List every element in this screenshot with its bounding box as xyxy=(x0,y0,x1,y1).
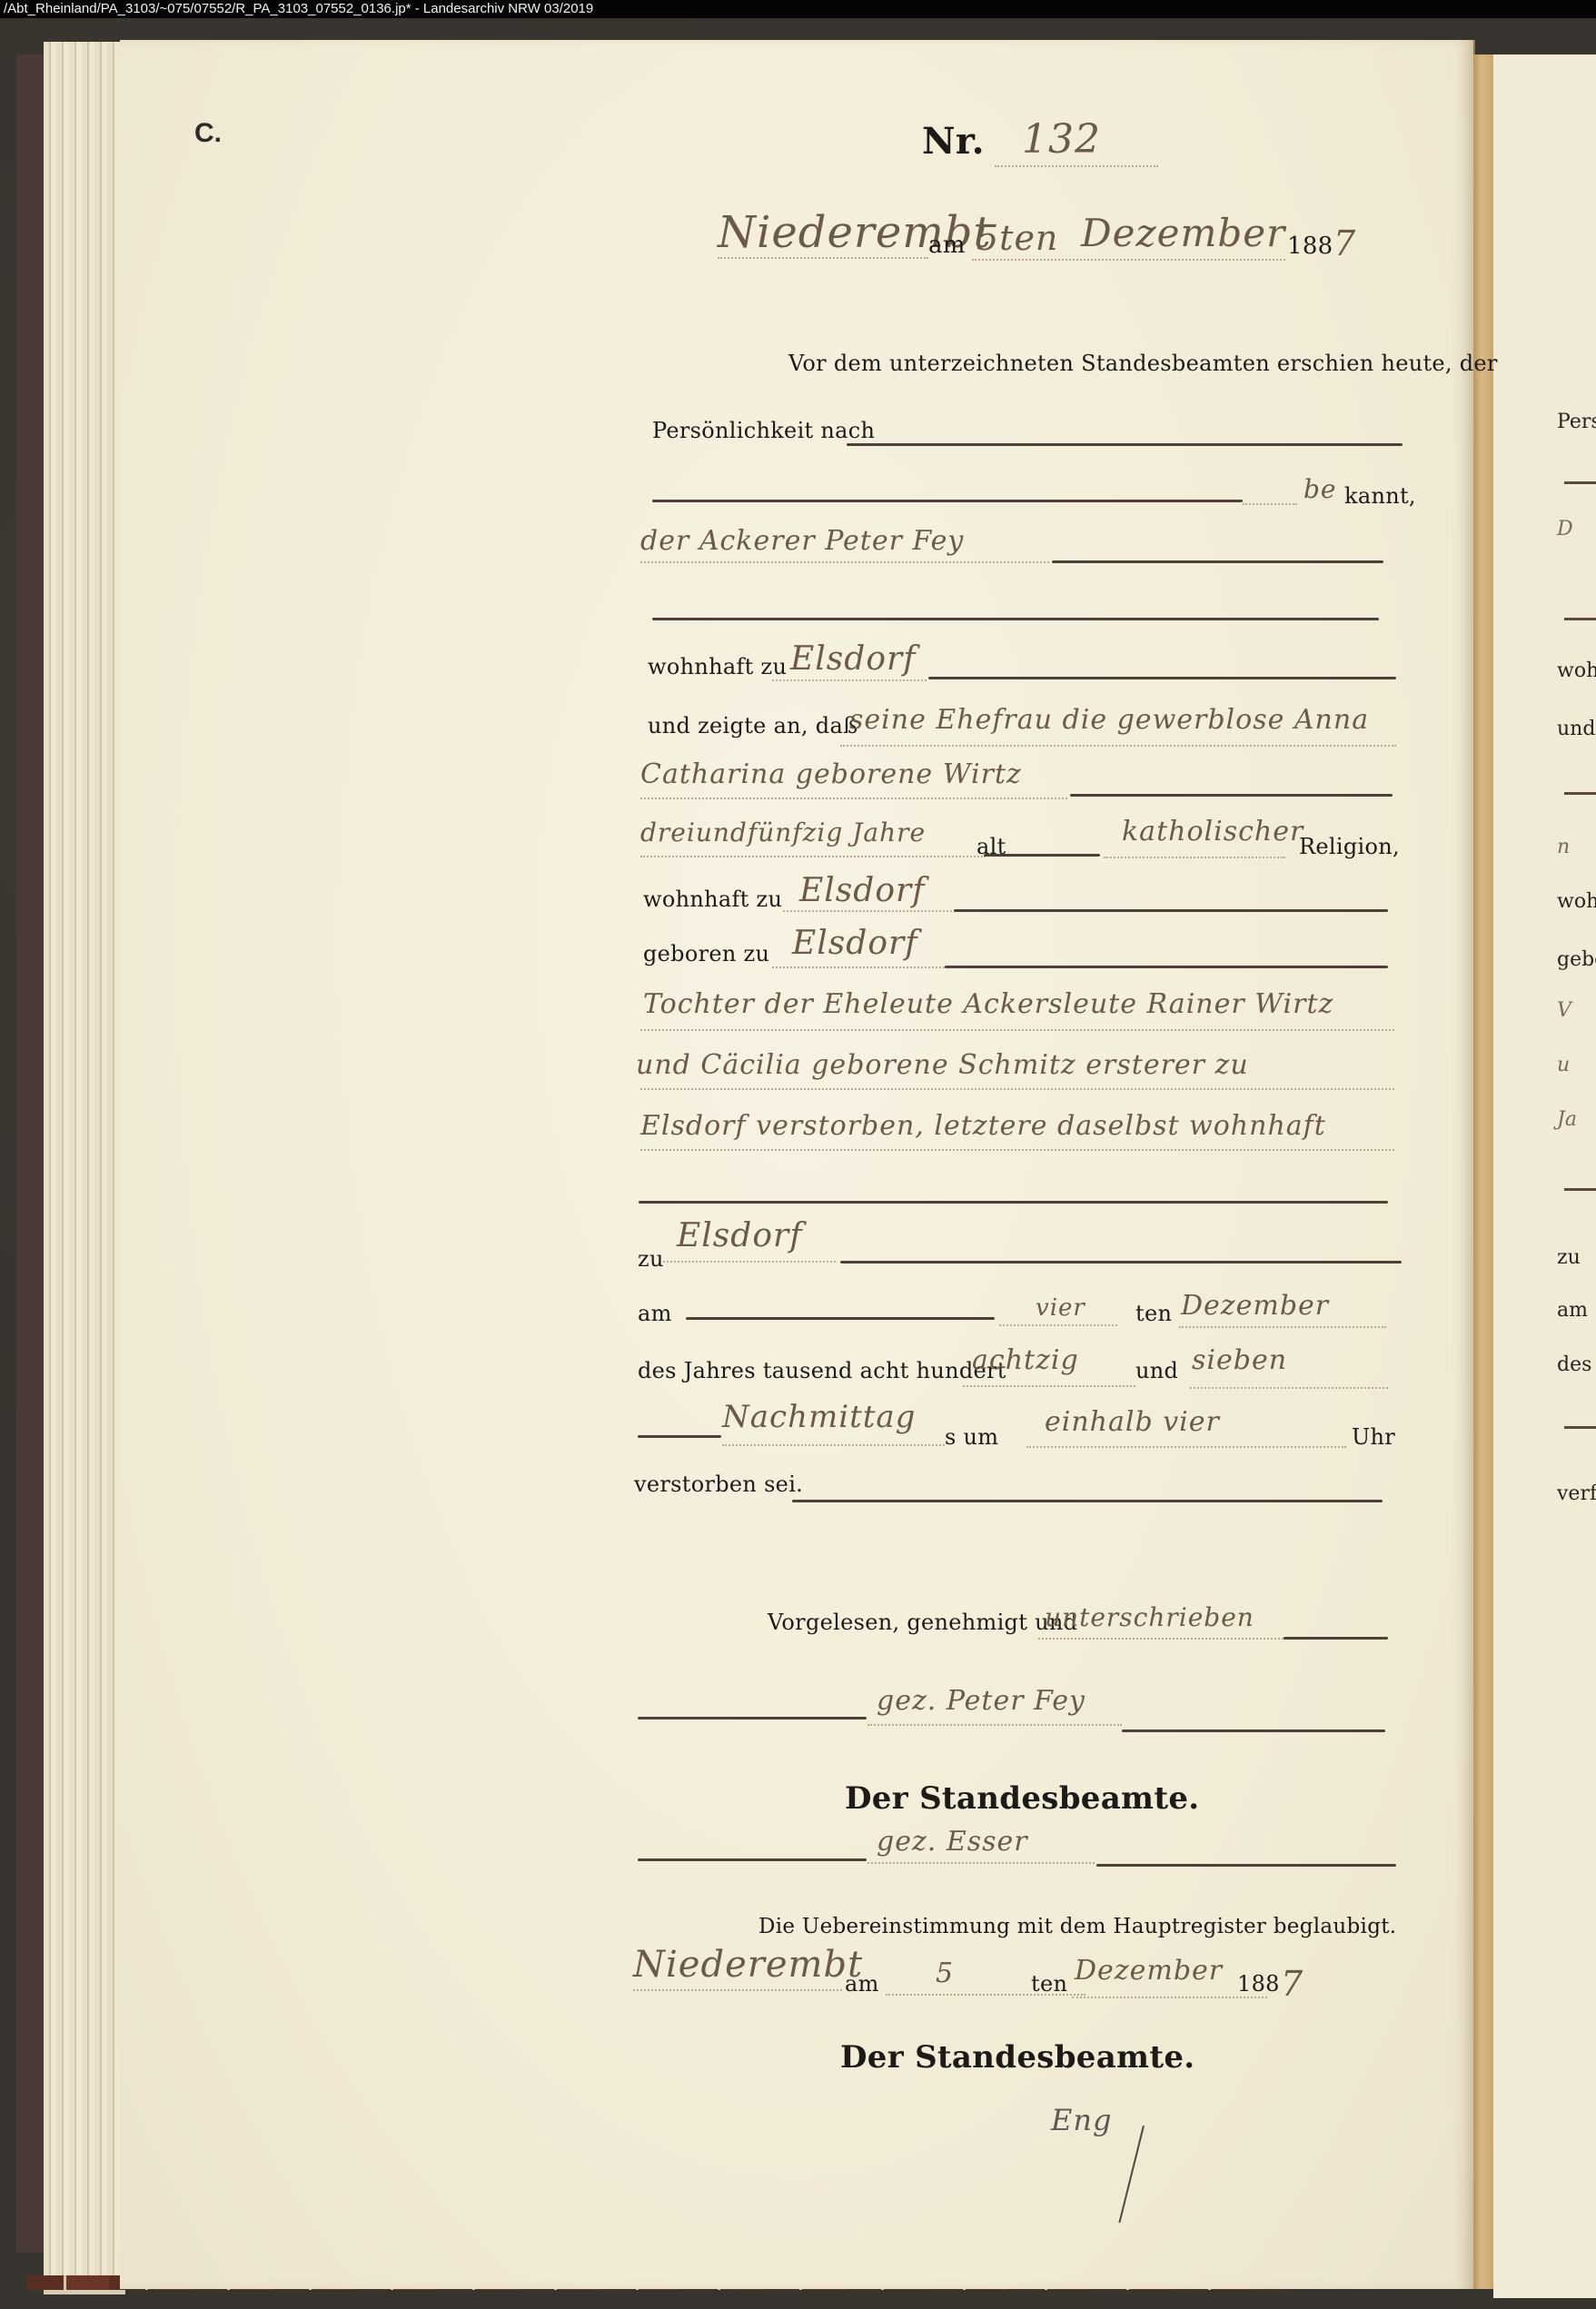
record-month: Dezember xyxy=(1081,211,1285,255)
section-letter: C. xyxy=(194,118,222,149)
parents-field-1 xyxy=(640,1029,1394,1031)
officer-signature-field xyxy=(867,1862,1095,1864)
deceased-residence-label: wohnhaft zu xyxy=(643,887,782,912)
next-page-text: woh xyxy=(1557,659,1596,682)
deceased-residence-field xyxy=(783,910,956,912)
record-number-label: Nr. xyxy=(922,120,985,163)
declarant-signature-field xyxy=(867,1724,1122,1726)
year-and-label: und xyxy=(1135,1358,1178,1383)
blank-line xyxy=(792,1500,1383,1502)
year-units: sieben xyxy=(1192,1344,1287,1376)
next-page-text: u xyxy=(1557,1054,1570,1076)
time-hour-field xyxy=(1026,1446,1346,1448)
blank-line xyxy=(1070,794,1393,797)
declarant-signature: gez. Peter Fey xyxy=(877,1685,1085,1717)
parents-text-1: Tochter der Eheleute Ackersleute Rainer … xyxy=(643,988,1333,1020)
read-approved-label: Vorgelesen, genehmigt und xyxy=(768,1610,1077,1635)
announce-field-2 xyxy=(640,798,1067,799)
intro-text: Vor dem unterzeichneten Standesbeamten e… xyxy=(788,351,1498,376)
read-value: unterschrieben xyxy=(1045,1602,1254,1632)
blank-line xyxy=(652,618,1379,620)
blank-line xyxy=(638,1717,867,1719)
year-text-label: des Jahres tausend acht hundert xyxy=(638,1358,1006,1383)
time-of-day-field xyxy=(722,1444,945,1446)
time-s-label: s um xyxy=(945,1424,998,1450)
blank-line xyxy=(840,1261,1402,1264)
died-label: verstorben sei. xyxy=(634,1472,803,1497)
blank-line xyxy=(1096,1864,1396,1867)
residence-value: Elsdorf xyxy=(790,640,917,678)
blank-line xyxy=(638,1858,867,1861)
announce-text-1: seine Ehefrau die gewerblose Anna xyxy=(849,704,1369,736)
known-label: kannt, xyxy=(1344,483,1416,509)
cert-place-field xyxy=(633,1989,842,1991)
blank-line xyxy=(928,677,1396,679)
religion-value: katholischer xyxy=(1122,816,1304,847)
blank-line xyxy=(984,854,1100,857)
year-units-field xyxy=(1190,1387,1388,1389)
residence-label: wohnhaft zu xyxy=(648,654,787,679)
next-page-text: woh xyxy=(1557,890,1596,913)
religion-label: Religion, xyxy=(1299,834,1400,859)
record-day: 5ten xyxy=(976,218,1058,258)
death-place-field xyxy=(663,1261,836,1263)
record-year-hand: 7 xyxy=(1333,223,1356,263)
record-number-field xyxy=(995,165,1158,167)
blank-line xyxy=(639,1201,1388,1204)
age-value: dreiundfünfzig Jahre xyxy=(640,818,926,847)
declarant-name: der Ackerer Peter Fey xyxy=(640,525,964,557)
known-field xyxy=(1243,503,1297,505)
personal-label: Persönlichkeit nach xyxy=(652,418,875,443)
next-page-rule xyxy=(1564,1426,1596,1429)
next-page-text: verf xyxy=(1557,1482,1596,1505)
certification-text: Die Uebereinstimmung mit dem Hauptregist… xyxy=(758,1915,1396,1938)
born-field xyxy=(772,966,945,968)
parents-field-2 xyxy=(640,1088,1394,1090)
cert-ten-label: ten xyxy=(1031,1971,1067,1997)
record-year-printed: 188 xyxy=(1287,233,1333,260)
date-field xyxy=(972,259,1285,261)
blank-line xyxy=(1122,1729,1385,1732)
officer-signature: gez. Esser xyxy=(877,1826,1028,1858)
cert-year-printed: 188 xyxy=(1237,1971,1280,1997)
next-page-rule xyxy=(1564,792,1596,795)
book-gutter xyxy=(1473,55,1493,2289)
next-page-text: D xyxy=(1557,518,1573,540)
next-page-text: und xyxy=(1557,718,1595,740)
cert-am-label: am xyxy=(845,1971,879,1997)
cert-month-field xyxy=(1072,1997,1267,1998)
read-field xyxy=(1038,1638,1284,1640)
year-tens: achtzig xyxy=(972,1344,1079,1376)
parents-text-2: und Cäcilia geborene Schmitz ersterer zu xyxy=(636,1049,1249,1081)
blank-line xyxy=(954,909,1388,912)
window-title: /Abt_Rheinland/PA_3103/~075/07552/R_PA_3… xyxy=(0,0,1596,18)
next-page-rule xyxy=(1564,618,1596,620)
blank-line xyxy=(945,966,1388,968)
next-page-text: gebo xyxy=(1557,948,1596,971)
deceased-residence-value: Elsdorf xyxy=(799,872,926,909)
religion-field xyxy=(1104,857,1285,858)
blank-line xyxy=(652,500,1243,502)
parents-text-3: Elsdorf verstorben, letztere daselbst wo… xyxy=(640,1110,1326,1142)
next-page-text: n xyxy=(1557,836,1570,858)
time-of-day: Nachmittag xyxy=(722,1399,916,1435)
record-number-value: 132 xyxy=(1022,116,1101,163)
time-hour: einhalb vier xyxy=(1045,1406,1220,1438)
death-day-field xyxy=(999,1324,1117,1326)
parents-field-3 xyxy=(640,1149,1394,1151)
blank-line xyxy=(686,1317,995,1320)
death-day: vier xyxy=(1036,1294,1085,1322)
next-page-text: Ja xyxy=(1557,1108,1577,1131)
death-place-label: zu xyxy=(638,1246,664,1272)
known-suffix: be xyxy=(1304,474,1337,504)
death-place-value: Elsdorf xyxy=(677,1217,803,1254)
born-label: geboren zu xyxy=(643,941,769,966)
blank-line xyxy=(847,443,1403,446)
next-page-fragment: Pers D woh und n woh gebo V u Ja zu am d… xyxy=(1493,55,1596,2298)
residence-field xyxy=(772,679,927,681)
final-signature: Eng xyxy=(1051,2103,1112,2137)
next-page-text: Pers xyxy=(1557,411,1596,433)
cert-day: 5 xyxy=(936,1957,954,1989)
death-month: Dezember xyxy=(1181,1290,1329,1322)
blank-line xyxy=(1052,560,1383,563)
next-page-text: am xyxy=(1557,1299,1588,1322)
officer-title-2: Der Standesbeamte. xyxy=(840,2039,1195,2076)
page-stack-edges xyxy=(44,42,125,2294)
blank-line xyxy=(638,1435,721,1438)
announce-text-2: Catharina geborene Wirtz xyxy=(640,758,1022,790)
next-page-rule xyxy=(1564,481,1596,484)
date-ten-label: ten xyxy=(1135,1301,1172,1326)
next-page-text: V xyxy=(1557,999,1571,1022)
time-uhr-label: Uhr xyxy=(1352,1424,1395,1450)
declarant-field xyxy=(640,561,1049,563)
cert-place: Niederembt xyxy=(633,1944,863,1986)
cert-month-value: Dezember xyxy=(1075,1955,1223,1987)
record-am-label: am xyxy=(928,232,966,259)
next-page-text: des xyxy=(1557,1353,1591,1376)
officer-title: Der Standesbeamte. xyxy=(845,1780,1199,1817)
announce-field xyxy=(840,745,1396,747)
next-page-text: zu xyxy=(1557,1246,1581,1269)
next-page-rule xyxy=(1564,1188,1596,1191)
cert-year-hand: 7 xyxy=(1281,1964,1304,2004)
born-value: Elsdorf xyxy=(792,925,918,962)
announce-label: und zeigte an, daß xyxy=(648,713,857,738)
date-label: am xyxy=(638,1301,672,1326)
year-tens-field xyxy=(963,1385,1135,1387)
death-month-field xyxy=(1179,1326,1386,1328)
blank-line xyxy=(1284,1637,1388,1640)
age-field xyxy=(640,856,986,857)
